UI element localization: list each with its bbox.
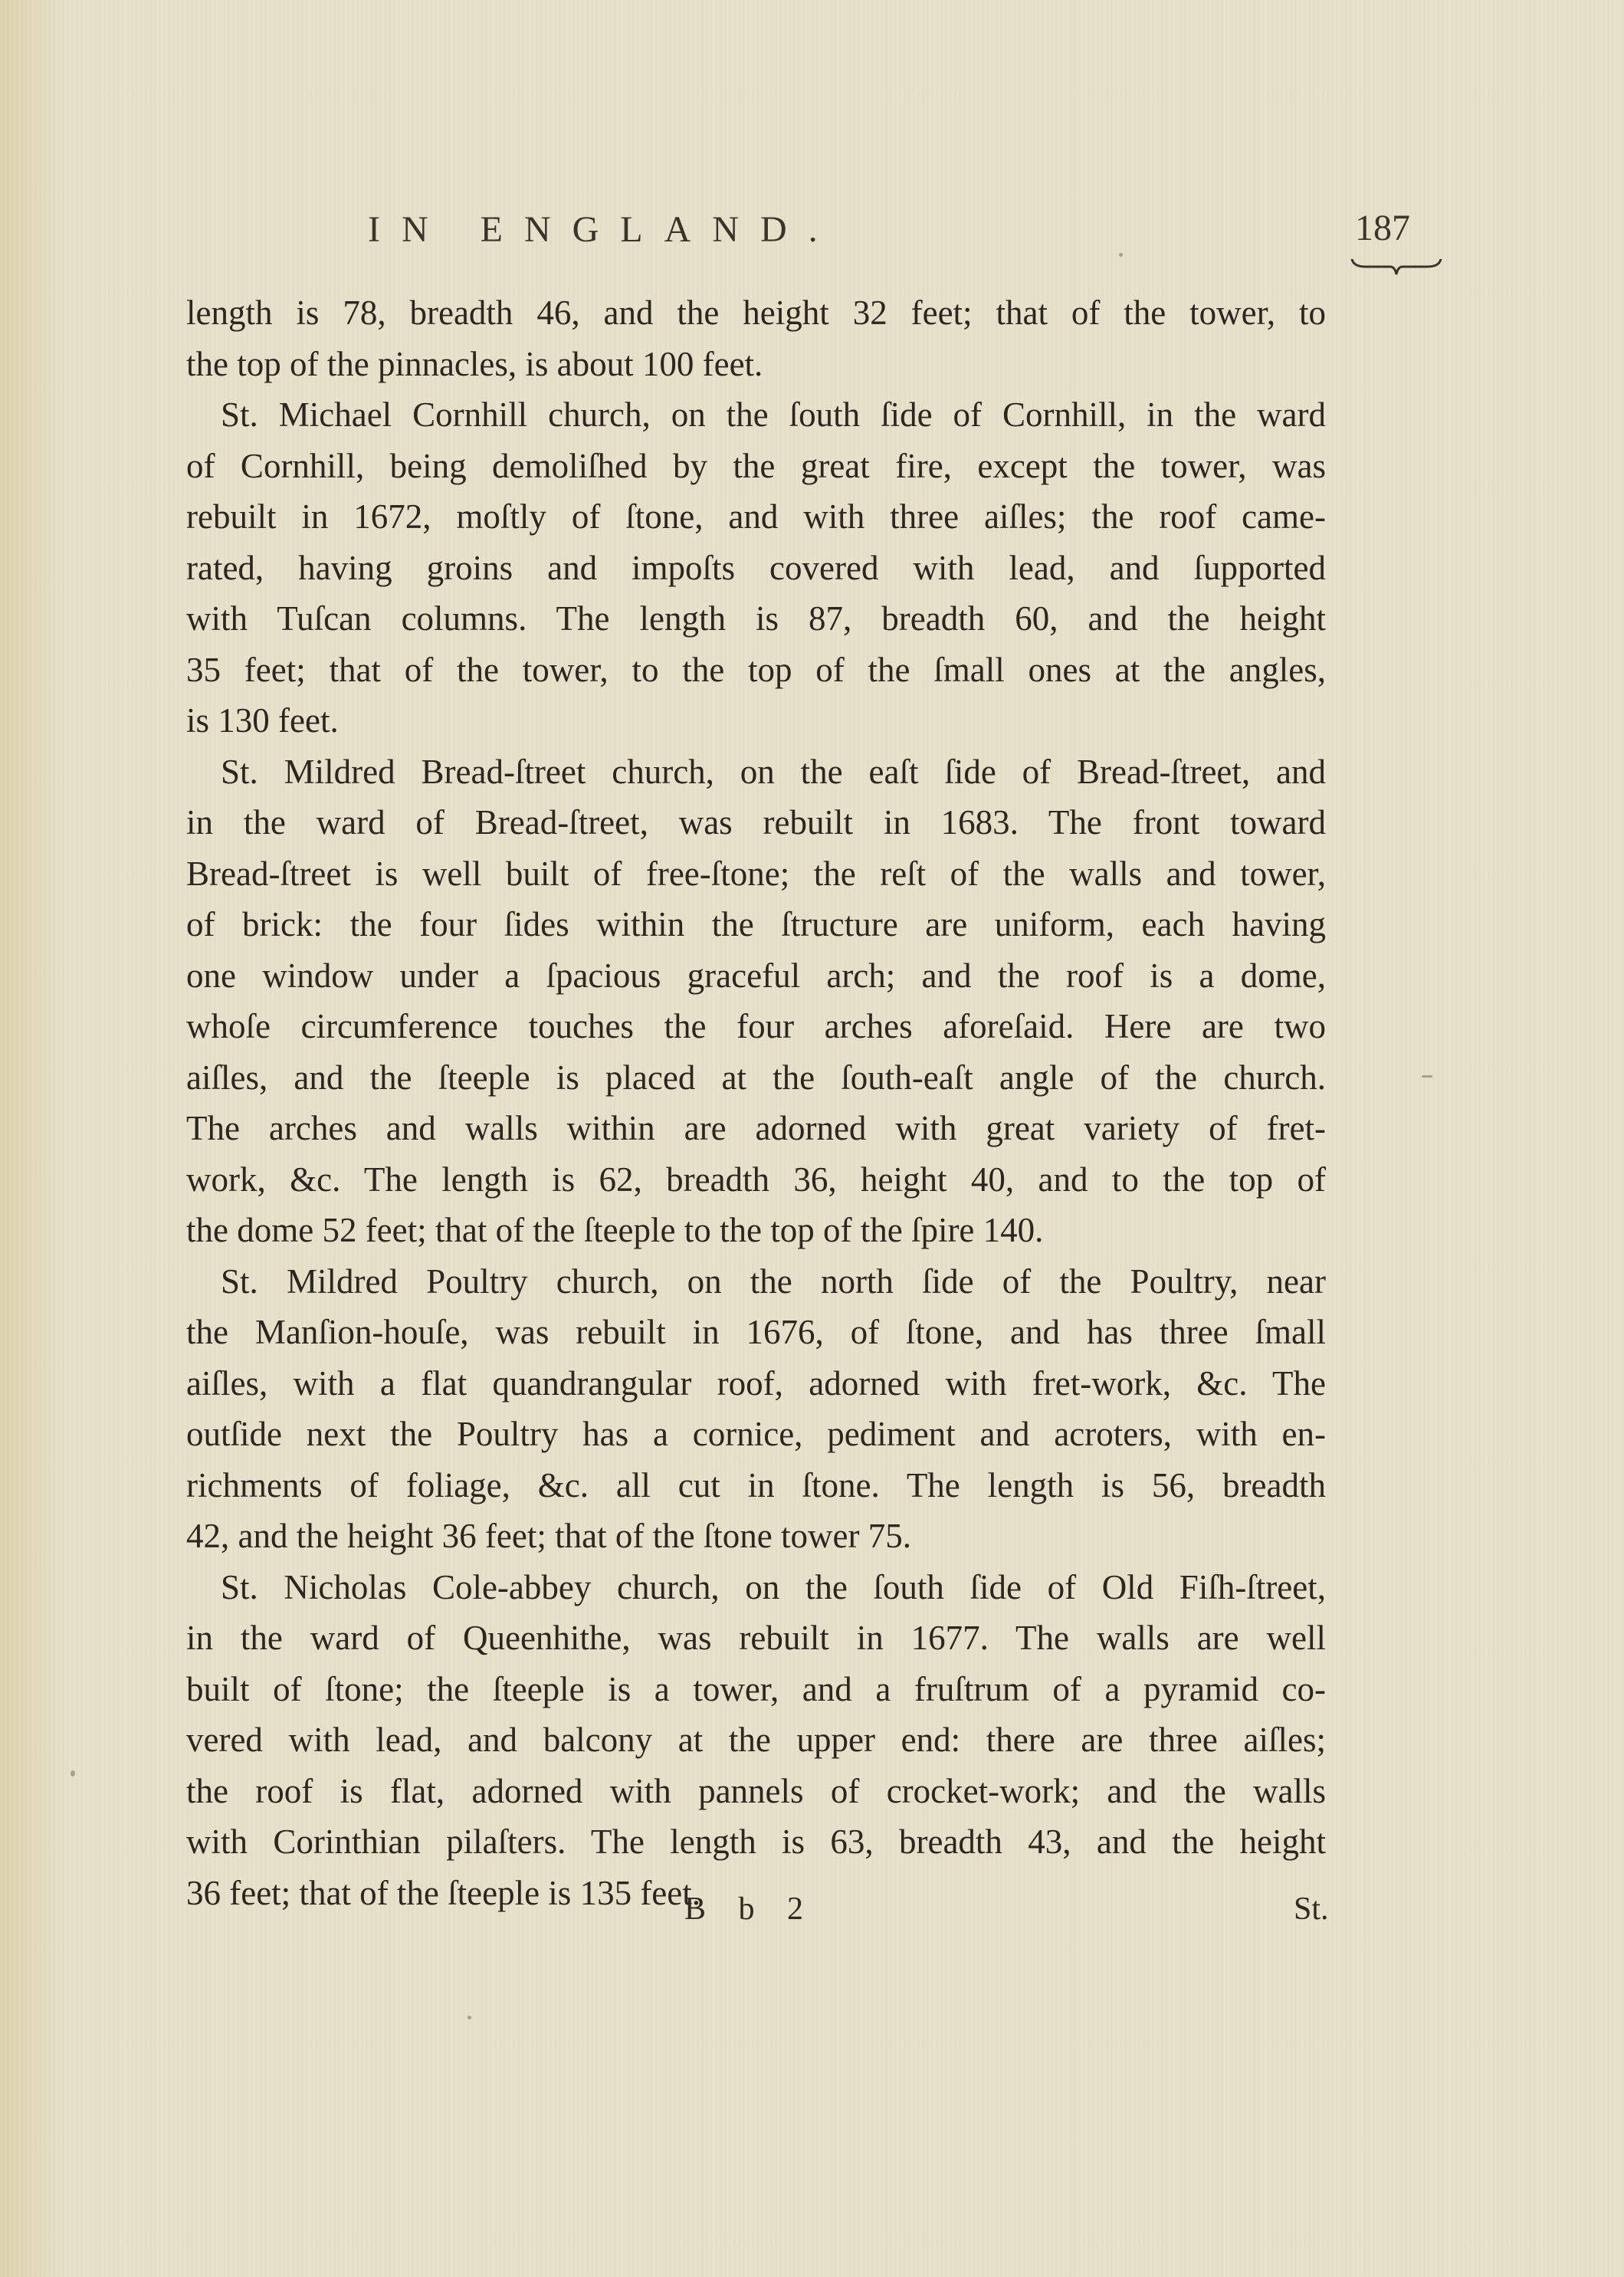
paper-speck: [1422, 1075, 1432, 1078]
text-line: the dome 52 feet; that of the ſteeple to…: [186, 1205, 1326, 1256]
paper-speck: [468, 2016, 471, 2019]
text-line: aiſles, with a flat quandrangular roof, …: [186, 1358, 1326, 1409]
text-line: in the ward of Queenhithe, was rebuilt i…: [186, 1613, 1326, 1664]
text-line: rebuilt in 1672, moſtly of ſtone, and wi…: [186, 491, 1326, 543]
text-line: length is 78, breadth 46, and the height…: [186, 287, 1326, 339]
text-line: outſide next the Poultry has a cornice, …: [186, 1409, 1326, 1460]
running-head-title: IN ENGLAND.: [368, 208, 1058, 251]
page-number: 187: [1355, 207, 1410, 249]
page-number-brace-ornament: [1350, 258, 1442, 276]
text-line: rated, having groins and impoſts covered…: [186, 543, 1326, 594]
text-line: built of ſtone; the ſteeple is a tower, …: [186, 1664, 1326, 1715]
text-line: of Cornhill, being demoliſhed by the gre…: [186, 441, 1326, 492]
text-line: one window under a ſpacious graceful arc…: [186, 950, 1326, 1002]
text-line: the top of the pinnacles, is about 100 f…: [186, 339, 1326, 390]
text-line: richments of foliage, &c. all cut in ſto…: [186, 1460, 1326, 1511]
text-line: Bread-ſtreet is well built of free-ſtone…: [186, 848, 1326, 900]
text-line: 42, and the height 36 feet; that of the …: [186, 1511, 1326, 1562]
text-line: aiſles, and the ſteeple is placed at the…: [186, 1052, 1326, 1104]
text-line: St. Michael Cornhill church, on the ſout…: [186, 389, 1326, 441]
text-line: the Manſion-houſe, was rebuilt in 1676, …: [186, 1307, 1326, 1358]
paragraph-continuation: length is 78, breadth 46, and the height…: [186, 287, 1326, 389]
text-line: is 130 feet.: [186, 695, 1326, 746]
text-line: St. Mildred Poultry church, on the north…: [186, 1256, 1326, 1307]
paragraph-st-mildred-bread-street: St. Mildred Bread-ſtreet church, on the …: [186, 746, 1326, 1256]
book-page: IN ENGLAND. 187 length is 78, breadth 46…: [0, 0, 1624, 2277]
paper-speck: [71, 1770, 75, 1777]
paragraph-st-michael-cornhill: St. Michael Cornhill church, on the ſout…: [186, 389, 1326, 746]
text-line: The arches and walls within are adorned …: [186, 1103, 1326, 1154]
text-line: of brick: the four ſides within the ſtru…: [186, 899, 1326, 950]
text-line: St. Nicholas Cole-abbey church, on the ſ…: [186, 1562, 1326, 1613]
catchword: St.: [1294, 1891, 1329, 1928]
text-line: the roof is flat, adorned with pannels o…: [186, 1766, 1326, 1817]
body-text: length is 78, breadth 46, and the height…: [186, 287, 1326, 1918]
text-line: 35 feet; that of the tower, to the top o…: [186, 645, 1326, 696]
text-line: whoſe circumference touches the four arc…: [186, 1001, 1326, 1052]
paper-speck: [1119, 253, 1123, 257]
paragraph-st-mildred-poultry: St. Mildred Poultry church, on the north…: [186, 1256, 1326, 1562]
text-line: with Corinthian pilaſters. The length is…: [186, 1816, 1326, 1868]
signature-mark: B b 2: [684, 1891, 815, 1928]
text-line: work, &c. The length is 62, breadth 36, …: [186, 1154, 1326, 1206]
text-line: with Tuſcan columns. The length is 87, b…: [186, 593, 1326, 645]
text-line: vered with lead, and balcony at the uppe…: [186, 1714, 1326, 1766]
paragraph-st-nicholas-cole-abbey: St. Nicholas Cole-abbey church, on the ſ…: [186, 1562, 1326, 1919]
text-line: in the ward of Bread-ſtreet, was rebuilt…: [186, 797, 1326, 848]
text-line: St. Mildred Bread-ſtreet church, on the …: [186, 746, 1326, 798]
